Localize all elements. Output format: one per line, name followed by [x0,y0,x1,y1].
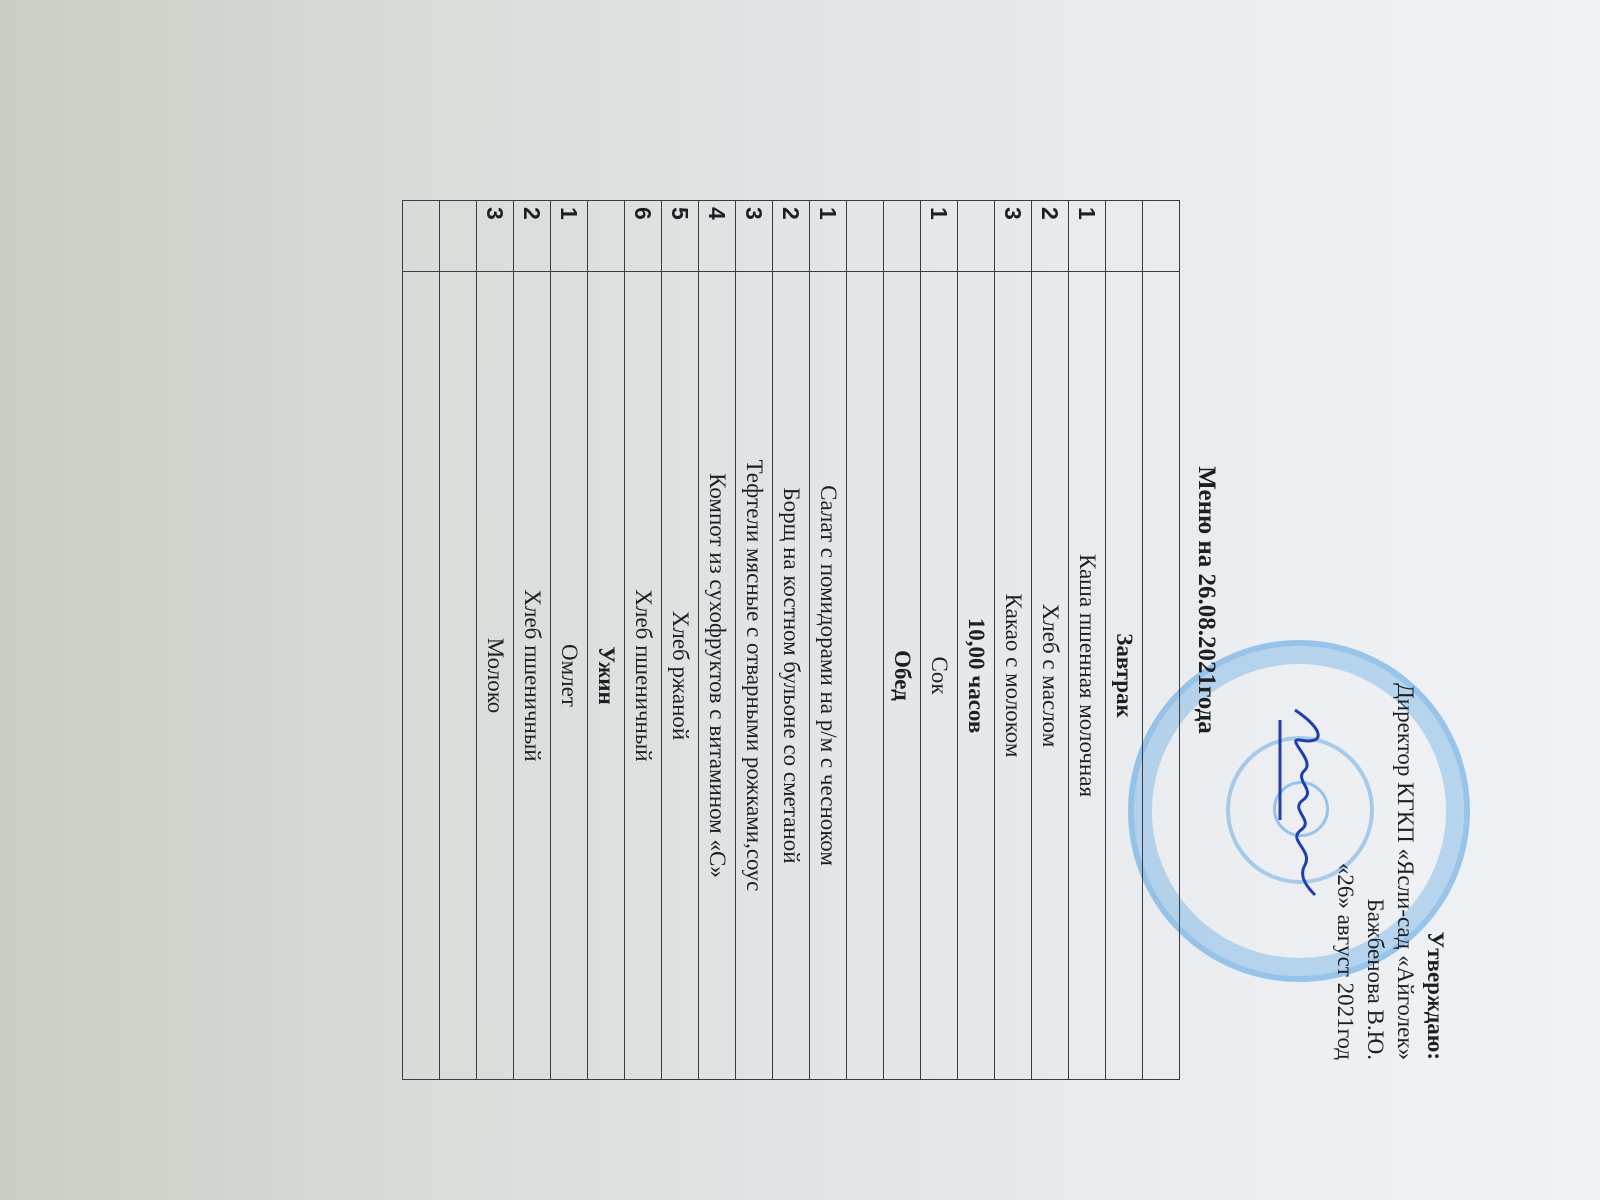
item-number: 3 [736,201,773,272]
item-number: 1 [921,201,958,272]
page-title: Меню на 26.08.2021года [1192,0,1220,1200]
table-row: 2Хлеб пшеничный [514,201,551,1080]
menu-table: Завтрак1Каша пшенная молочная2Хлеб с мас… [402,200,1180,1080]
section-heading: Обед [884,272,921,1080]
approval-block: Утверждаю: Директор КГКП «Ясли-сад «Айго… [1330,600,1450,1060]
table-row: 1Салат с помидорами на р/м с чесноком [810,201,847,1080]
dish-name: Салат с помидорами на р/м с чесноком [810,272,847,1080]
table-row: 5Хлеб ржаной [662,201,699,1080]
stamp-emblem-core [1273,781,1329,837]
item-number: 1 [810,201,847,272]
table-row: 2Хлеб с маслом [1032,201,1069,1080]
item-number: 2 [773,201,810,272]
dish-name: Молоко [477,272,514,1080]
dish-name: Сок [921,272,958,1080]
dish-name: Хлеб с маслом [1032,272,1069,1080]
approval-director: Директор КГКП «Ясли-сад «Айголек» [1390,600,1420,1060]
signature-icon [1265,700,1335,900]
item-number [588,201,625,272]
item-number: 4 [699,201,736,272]
item-number: 1 [551,201,588,272]
dish-name: Тефтели мясные с отварными рожками,соус [736,272,773,1080]
section-row: Завтрак [1106,201,1143,1080]
item-number: 5 [662,201,699,272]
item-number: 2 [514,201,551,272]
item-number: 1 [1069,201,1106,272]
table-row [403,201,440,1080]
section-row: 10,00 часов [958,201,995,1080]
table-row: 3Какао с молоком [995,201,1032,1080]
dish-name: Какао с молоком [995,272,1032,1080]
table-row: 3Тефтели мясные с отварными рожками,соус [736,201,773,1080]
dish-name: Омлет [551,272,588,1080]
dish-name: Борщ на костном бульоне со сметаной [773,272,810,1080]
item-number: 6 [625,201,662,272]
dish-name: Каша пшенная молочная [1069,272,1106,1080]
dish-name [403,272,440,1080]
table-row [847,201,884,1080]
item-number [884,201,921,272]
table-row: 1Омлет [551,201,588,1080]
dish-name: Хлеб пшеничный [625,272,662,1080]
item-number: 2 [1032,201,1069,272]
approval-heading: Утверждаю: [1420,600,1450,1060]
dish-name [1143,272,1180,1080]
table-row: 4Компот из сухофруктов с витамином «С» [699,201,736,1080]
item-number [1143,201,1180,272]
section-heading: Завтрак [1106,272,1143,1080]
dish-name [847,272,884,1080]
dish-name [440,272,477,1080]
table-row: 2Борщ на костном бульоне со сметаной [773,201,810,1080]
dish-name: Хлеб ржаной [662,272,699,1080]
approval-name: Бажбенова В.Ю. [1360,600,1390,1060]
item-number [847,201,884,272]
section-row: Обед [884,201,921,1080]
dish-name: Компот из сухофруктов с витамином «С» [699,272,736,1080]
table-row: 1Сок [921,201,958,1080]
table-row [1143,201,1180,1080]
section-row: Ужин [588,201,625,1080]
table-row [440,201,477,1080]
item-number [958,201,995,272]
item-number [403,201,440,272]
menu-document: Утверждаю: Директор КГКП «Ясли-сад «Айго… [0,0,1600,1200]
table-row: 3Молоко [477,201,514,1080]
item-number [440,201,477,272]
approval-date: «26» август 2021год [1330,600,1360,1060]
table-row: 1Каша пшенная молочная [1069,201,1106,1080]
table-row: 6Хлеб пшеничный [625,201,662,1080]
dish-name: Хлеб пшеничный [514,272,551,1080]
section-heading: Ужин [588,272,625,1080]
section-heading: 10,00 часов [958,272,995,1080]
item-number: 3 [477,201,514,272]
item-number: 3 [995,201,1032,272]
item-number [1106,201,1143,272]
